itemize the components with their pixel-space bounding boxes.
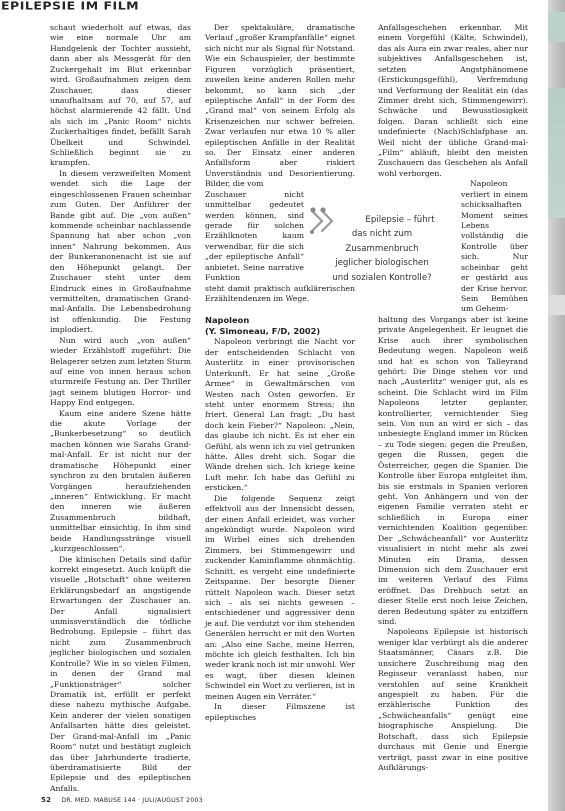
pull-quote-line: und sozialen Kontrolle? bbox=[312, 271, 452, 285]
paragraph: Kaum eine andere Szene hätte die akute V… bbox=[50, 409, 191, 555]
paragraph-wrapped: Zuschauer nicht unmittelbar gedeutet wer… bbox=[205, 190, 304, 284]
paragraph-wrapped: Napoleon verliert in einem schicksalhaft… bbox=[461, 179, 528, 314]
paragraph: Anfallsgeschehen erkennbar. Mit einem Vo… bbox=[378, 23, 528, 179]
page-edge-shadow bbox=[548, 0, 565, 811]
paragraph: In dieser Filmszene ist epileptisches bbox=[205, 702, 355, 723]
edge-highlight bbox=[548, 295, 565, 315]
paragraph: In diesem verzweifelten Moment wendet si… bbox=[50, 169, 191, 336]
pull-quote-line: jeglicher biologischen bbox=[312, 256, 452, 270]
section-title: EPILEPSIE IM FILM bbox=[0, 0, 139, 12]
edge-color-band bbox=[548, 12, 565, 42]
pull-quote-line: Zusammenbruch bbox=[312, 242, 452, 256]
paragraph: steht damit praktisch aufklärerischen Er… bbox=[205, 284, 355, 305]
page-number: 52 bbox=[41, 796, 51, 804]
article-column-right: Anfallsgeschehen erkennbar. Mit einem Vo… bbox=[378, 23, 528, 773]
paragraph: Napoleon verbringt die Nacht vor der ent… bbox=[205, 337, 355, 493]
article-column-middle: Der spektakuläre, dramatische Verlauf „g… bbox=[205, 23, 355, 723]
quote-marks-icon bbox=[306, 205, 346, 239]
subheading-credit: (Y. Simoneau, F/D, 2002) bbox=[205, 326, 355, 337]
pull-quote: Epilepsie – führt das nicht zum Zusammen… bbox=[312, 213, 452, 285]
publication-info: DR. MED. MABUSE 144 · JULI/AUGUST 2003 bbox=[61, 797, 202, 804]
paragraph: Napoleons Epilepsie ist historisch wenig… bbox=[378, 627, 528, 773]
article-column-left: schaut wiederholt auf etwas, das wie ein… bbox=[50, 23, 191, 794]
paragraph: schaut wiederholt auf etwas, das wie ein… bbox=[50, 23, 191, 169]
subheading: Napoleon (Y. Simoneau, F/D, 2002) bbox=[205, 315, 355, 337]
edge-color-band bbox=[548, 88, 565, 218]
paragraph: Nun wird auch „von außen“ wieder Erzähls… bbox=[50, 336, 191, 409]
page-footer: 52 DR. MED. MABUSE 144 · JULI/AUGUST 200… bbox=[41, 796, 203, 804]
paragraph: Der spektakuläre, dramatische Verlauf „g… bbox=[205, 23, 355, 190]
subheading-title: Napoleon bbox=[205, 315, 355, 326]
paragraph: Die folgende Sequenz zeigt effektvoll au… bbox=[205, 494, 355, 702]
paragraph: Die klinischen Details sind dafür korrek… bbox=[50, 555, 191, 795]
paragraph: haltung des Vorgangs aber ist keine priv… bbox=[378, 315, 528, 628]
